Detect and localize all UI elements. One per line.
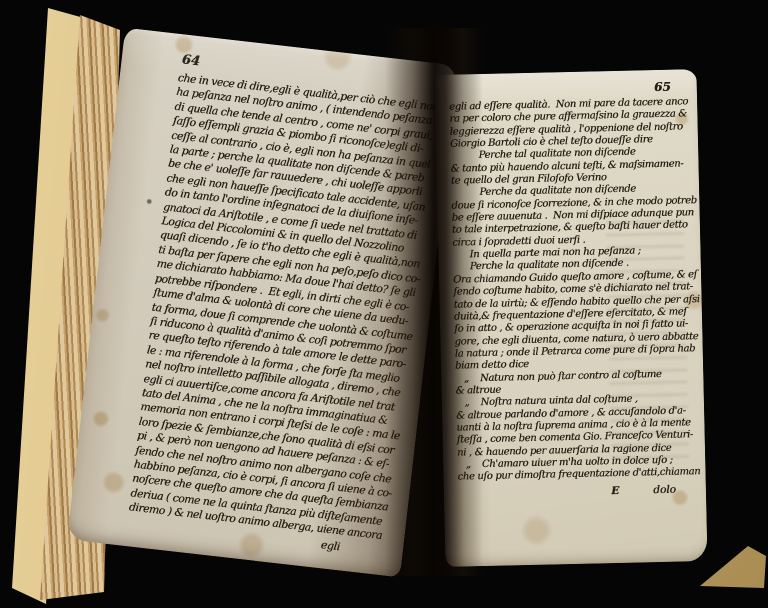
left-page-text: 64 che in vece di dire,egli è qualità,pe… bbox=[127, 52, 432, 557]
left-page-lines: che in vece di dire,egli è qualità,per c… bbox=[128, 71, 429, 543]
right-page-footer: E dolo bbox=[458, 483, 694, 500]
book-photo: 64 che in vece di dire,egli è qualità,pe… bbox=[0, 0, 768, 608]
right-page-text: 65 egli ad eſſere qualità. Non mi pare d… bbox=[449, 79, 694, 500]
right-page-lines: egli ad eſſere qualità. Non mi pare da t… bbox=[449, 96, 694, 484]
right-page-catchword: dolo bbox=[653, 483, 676, 496]
right-page: 65 egli ad eſſere qualità. Non mi pare d… bbox=[434, 69, 707, 567]
signature-mark: E bbox=[611, 485, 619, 497]
right-page-number: 65 bbox=[449, 80, 671, 99]
left-page: 64 che in vece di dire,egli è qualità,pe… bbox=[67, 28, 458, 578]
